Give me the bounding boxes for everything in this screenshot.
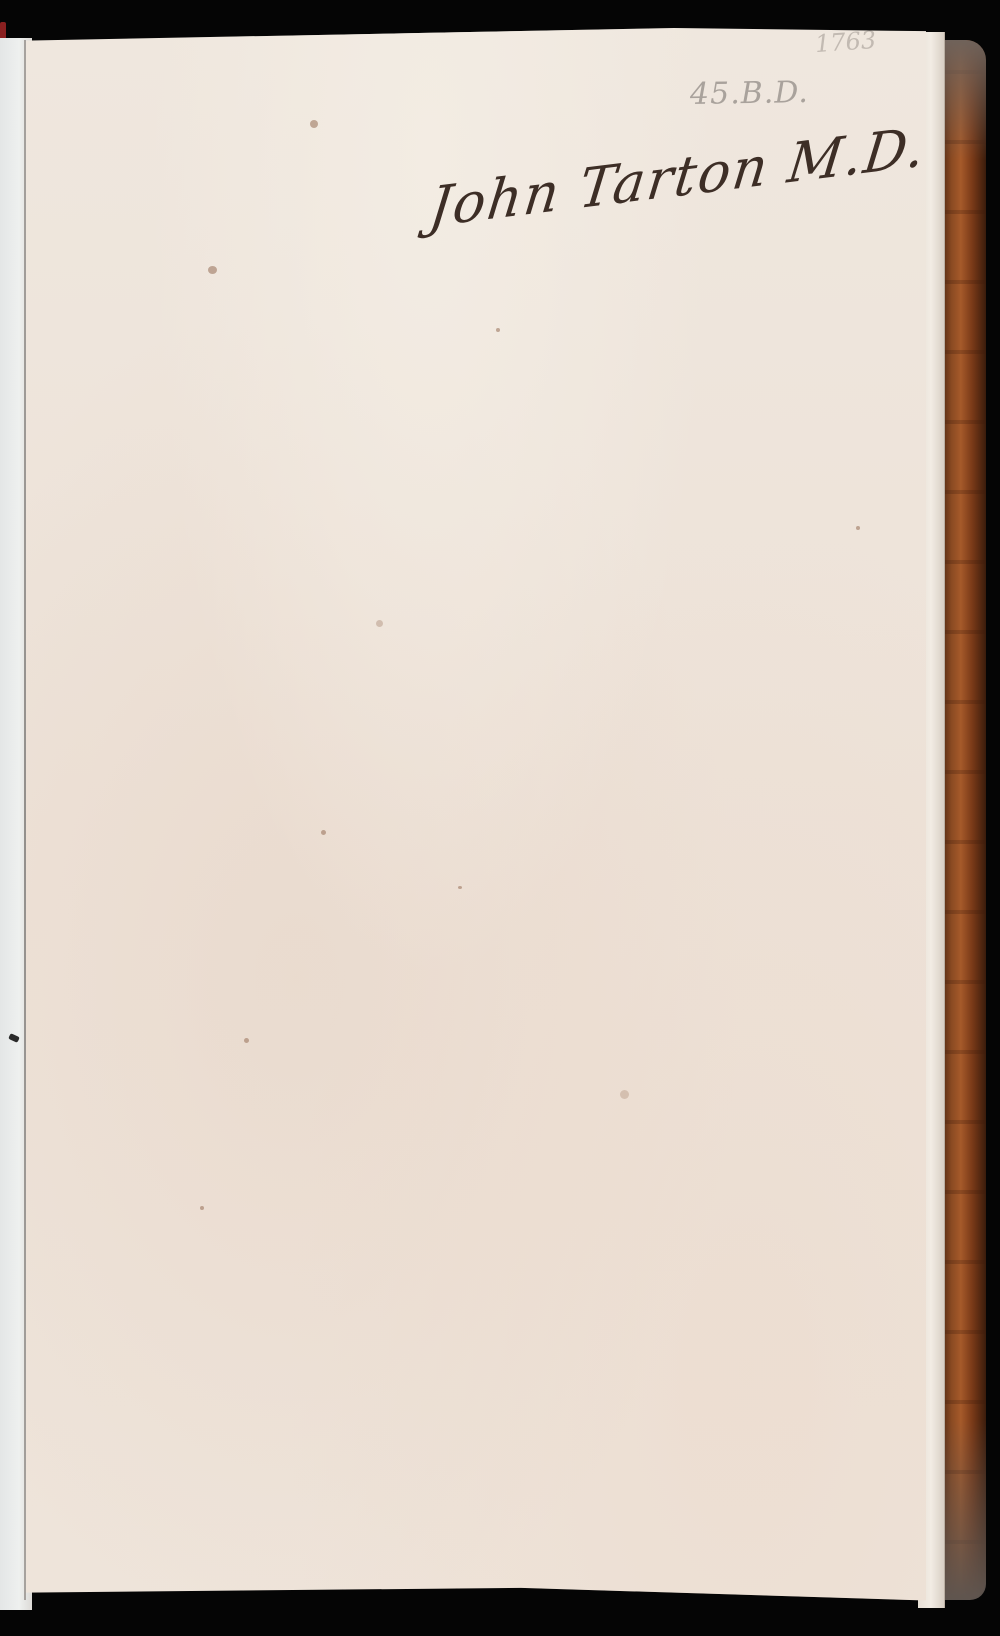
foxing-spot bbox=[321, 830, 326, 835]
pencil-note-top: 1763 bbox=[814, 26, 877, 58]
foxing-spot bbox=[458, 886, 462, 889]
foxing-spot bbox=[244, 1038, 249, 1043]
foxing-spot bbox=[208, 266, 217, 274]
book-photo: 1763 45.B.D. John Tarton M.D. bbox=[0, 0, 1000, 1636]
binding-wear-bottom bbox=[942, 1420, 986, 1600]
foxing-spot bbox=[620, 1090, 629, 1099]
binding-wear-top bbox=[942, 40, 986, 160]
foxing-spot bbox=[200, 1206, 204, 1210]
gutter-line bbox=[24, 40, 26, 1600]
foxing-spot bbox=[856, 526, 860, 530]
foxing-spot bbox=[466, 1614, 476, 1620]
foxing-spot bbox=[496, 328, 500, 332]
pencil-shelfmark: 45.B.D. bbox=[690, 75, 809, 112]
flyleaf-page bbox=[26, 28, 926, 1610]
leather-binding bbox=[940, 40, 986, 1600]
foxing-spot bbox=[310, 120, 318, 128]
foxing-spot bbox=[376, 620, 383, 627]
